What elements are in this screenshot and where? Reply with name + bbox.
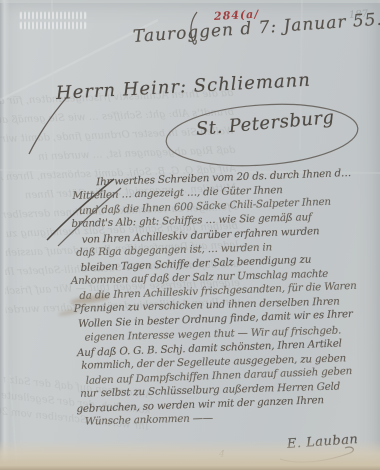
embossed-stamp <box>20 12 86 36</box>
letter-scan: da die Ihren Achilleskiv frischgesandten… <box>0 0 380 470</box>
letter-body: Ihr werthes Schreiben vom 20 ds. durch I… <box>68 167 379 430</box>
embossed-stamp-line <box>20 22 86 29</box>
embossed-stamp-line <box>20 12 86 19</box>
paper-top-edge <box>0 0 380 3</box>
underlying-page-edge <box>0 440 380 470</box>
